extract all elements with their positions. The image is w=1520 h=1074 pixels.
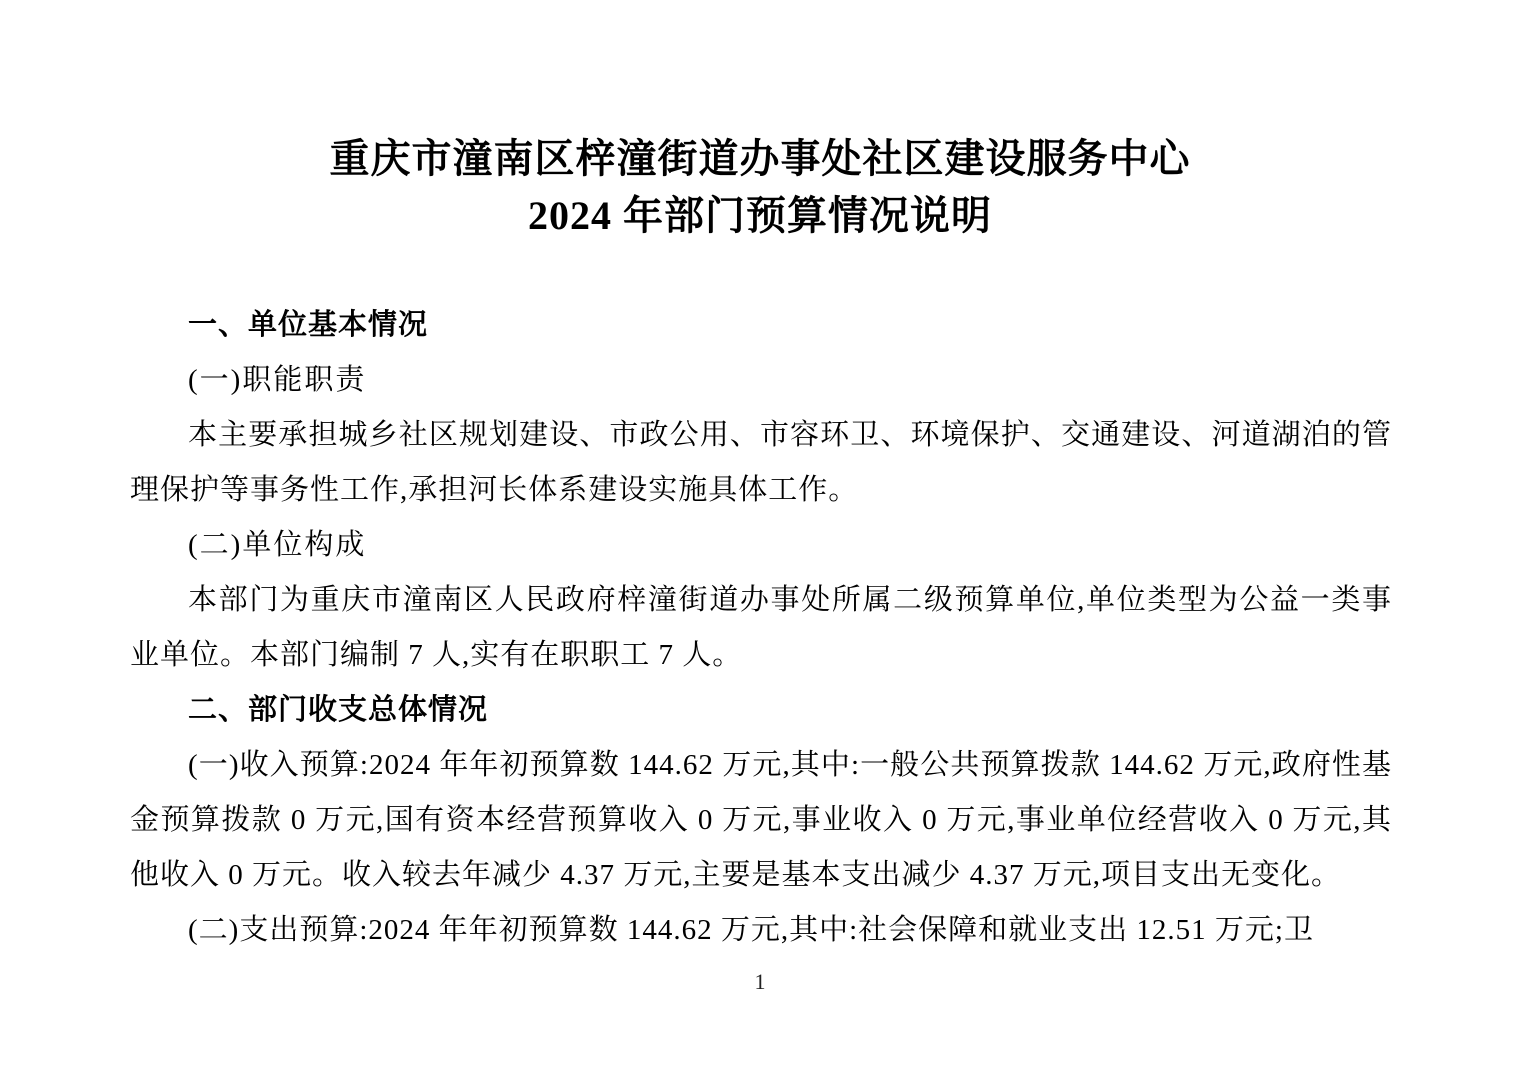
document-title: 重庆市潼南区梓潼街道办事处社区建设服务中心 2024 年部门预算情况说明 <box>0 0 1520 244</box>
title-line-2: 2024 年部门预算情况说明 <box>0 187 1520 244</box>
section-1-sub-1-heading: (一)职能职责 <box>130 353 1392 408</box>
section-1-sub-2-heading: (二)单位构成 <box>130 518 1392 573</box>
section-2-paragraph-income-budget: (一)收入预算:2024 年年初预算数 144.62 万元,其中:一般公共预算拨… <box>130 738 1392 903</box>
section-2-heading: 二、部门收支总体情况 <box>130 683 1392 738</box>
title-line-1: 重庆市潼南区梓潼街道办事处社区建设服务中心 <box>0 130 1520 187</box>
document-page: 重庆市潼南区梓潼街道办事处社区建设服务中心 2024 年部门预算情况说明 一、单… <box>0 0 1520 1074</box>
document-body: 一、单位基本情况 (一)职能职责 本主要承担城乡社区规划建设、市政公用、市容环卫… <box>130 298 1392 958</box>
page-number: 1 <box>0 968 1520 996</box>
section-2-paragraph-expenditure-budget: (二)支出预算:2024 年年初预算数 144.62 万元,其中:社会保障和就业… <box>130 903 1392 958</box>
section-1-sub-1-paragraph: 本主要承担城乡社区规划建设、市政公用、市容环卫、环境保护、交通建设、河道湖泊的管… <box>130 408 1392 518</box>
section-1-heading: 一、单位基本情况 <box>130 298 1392 353</box>
section-1-sub-2-paragraph: 本部门为重庆市潼南区人民政府梓潼街道办事处所属二级预算单位,单位类型为公益一类事… <box>130 573 1392 683</box>
